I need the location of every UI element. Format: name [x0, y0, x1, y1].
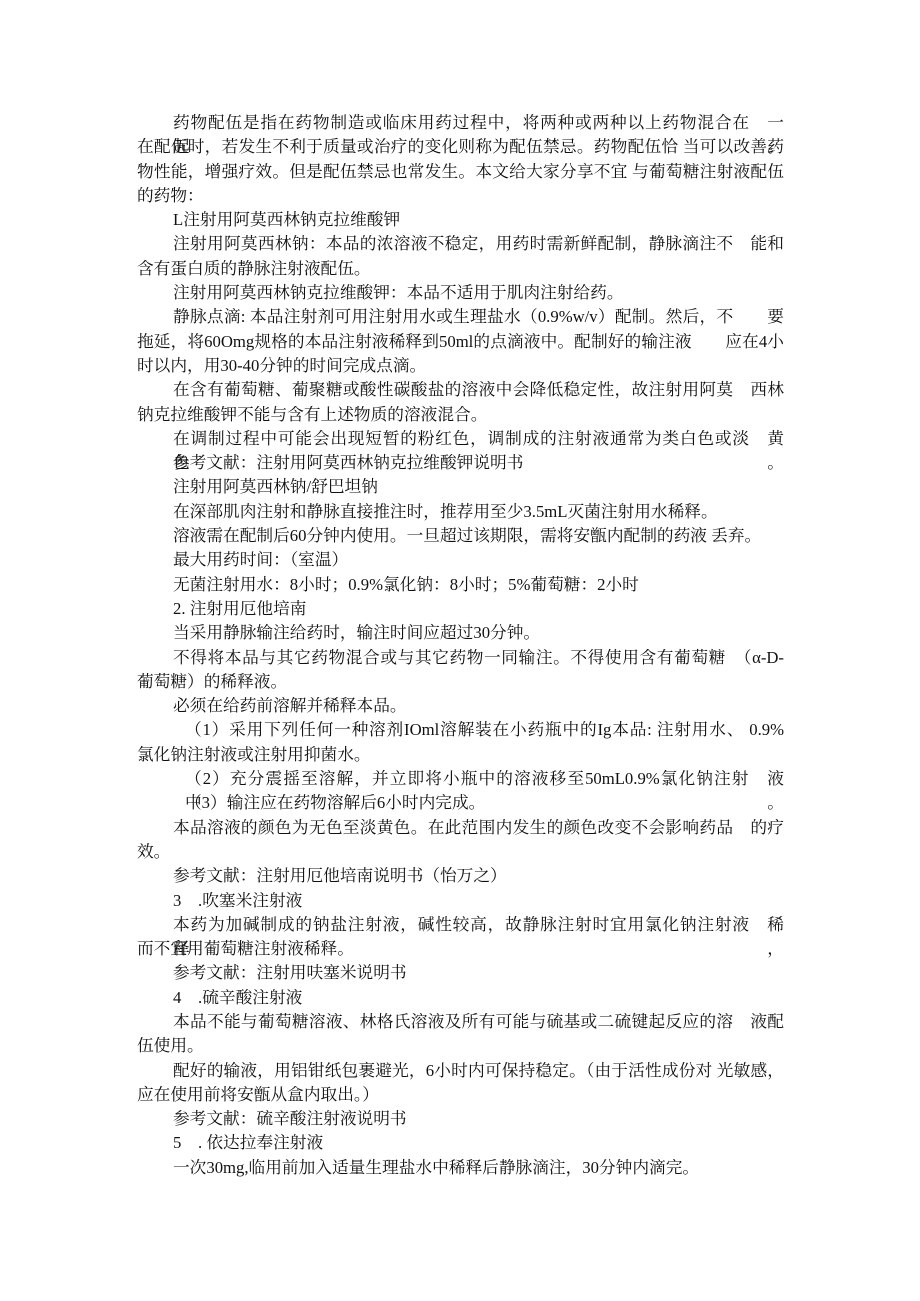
heading-text: 4 .硫辛酸注射液 [137, 986, 784, 1010]
body-paragraph: 在调制过程中可能会出现短暂的粉红色，调制成的注射液通常为类白色或淡 黄色。 [137, 427, 784, 451]
body-paragraph: 配好的输液，用铝钳纸包裹避光，6小时内可保持稳定。（由于活性成份对 光敏感， 应… [137, 1059, 784, 1108]
text-line: 药物配伍是指在药物制造或临床用药过程中，将两种或两种以上药物混合在 一起。 [137, 111, 784, 135]
intro-paragraph: 药物配伍是指在药物制造或临床用药过程中，将两种或两种以上药物混合在 一起。 在配… [137, 111, 784, 208]
subsection-heading: 注射用阿莫西林钠/舒巴坦钠 [137, 475, 784, 499]
body-paragraph: 不得将本品与其它药物混合或与其它药物一同输注。不得使用含有葡萄糖 （α-D- 葡… [137, 646, 784, 695]
text-line: 本药为加碱制成的钠盐注射液，碱性较高，故静脉注射时宜用氯化钠注射液 稀释， [137, 913, 784, 937]
text-line: 在调制过程中可能会出现短暂的粉红色，调制成的注射液通常为类白色或淡 黄色。 [137, 427, 784, 451]
text-line: 钠克拉维酸钾不能与含有上述物质的溶液混合。 [137, 403, 784, 427]
body-paragraph: 溶液需在配制后60分钟内使用。一旦超过该期限，需将安甑内配制的药液 丢弃。 [137, 524, 784, 548]
text-line: 注射用阿莫西林钠：本品的浓溶液不稳定，用药时需新鲜配制，静脉滴注不 能和 [137, 232, 784, 256]
text-line: 葡萄糖）的稀释液。 [137, 670, 784, 694]
body-paragraph: 无菌注射用水：8小时；0.9%氯化钠：8小时；5%葡萄糖：2小时 [137, 573, 784, 597]
section-heading-4: 4 .硫辛酸注射液 [137, 986, 784, 1010]
section-heading-3: 3 .吹塞米注射液 [137, 889, 784, 913]
section-heading-1: L注射用阿莫西林钠克拉维酸钾 [137, 208, 784, 232]
reference-line: 参考文献：注射用呋塞米说明书 [137, 961, 784, 985]
text-line: 溶液需在配制后60分钟内使用。一旦超过该期限，需将安甑内配制的药液 丢弃。 [137, 524, 784, 548]
reference-text: 参考文献：注射用呋塞米说明书 [137, 961, 784, 985]
step-item: （2）充分震摇至溶解，并立即将小瓶中的溶液移至50mL0.9%氯化钠注射 液中。 [137, 767, 784, 791]
text-line: 应在使用前将安甑从盒内取出。） [137, 1083, 784, 1107]
text-line: 配好的输液，用铝钳纸包裹避光，6小时内可保持稳定。（由于活性成份对 光敏感， [137, 1059, 784, 1083]
body-paragraph: 当采用静脉输注给药时，输注时间应超过30分钟。 [137, 621, 784, 645]
text-line: 含有蛋白质的静脉注射液配伍。 [137, 257, 784, 281]
body-paragraph: 必须在给药前溶解并稀释本品。 [137, 694, 784, 718]
body-paragraph: 在深部肌肉注射和静脉直接推注时，推荐用至少3.5mL灭菌注射用水稀释。 [137, 500, 784, 524]
document-page: 药物配伍是指在药物制造或临床用药过程中，将两种或两种以上药物混合在 一起。 在配… [137, 111, 784, 1180]
reference-line: 参考文献：注射用厄他培南说明书（怡万之） [137, 864, 784, 888]
text-line: （1）采用下列任何一种溶剂IOml溶解装在小药瓶中的Ig本品: 注射用水、 0.… [137, 718, 784, 742]
text-line: 必须在给药前溶解并稀释本品。 [137, 694, 784, 718]
text-line: 拖延，将60Omg规格的本品注射液稀释到50ml的点滴液中。配制好的输注液 应在… [137, 330, 784, 354]
body-paragraph: 注射用阿莫西林钠：本品的浓溶液不稳定，用药时需新鲜配制，静脉滴注不 能和 含有蛋… [137, 232, 784, 281]
body-paragraph: 本药为加碱制成的钠盐注射液，碱性较高，故静脉注射时宜用氯化钠注射液 稀释， 而不… [137, 913, 784, 962]
heading-text: 注射用阿莫西林钠/舒巴坦钠 [137, 475, 784, 499]
heading-text: 2. 注射用厄他培南 [137, 597, 784, 621]
text-line: 不得将本品与其它药物混合或与其它药物一同输注。不得使用含有葡萄糖 （α-D- [137, 646, 784, 670]
section-heading-2: 2. 注射用厄他培南 [137, 597, 784, 621]
reference-line: 参考文献：硫辛酸注射液说明书 [137, 1107, 784, 1131]
heading-text: 5 . 依达拉奉注射液 [137, 1131, 784, 1155]
body-paragraph: 注射用阿莫西林钠克拉维酸钾：本品不适用于肌肉注射给药。 [137, 281, 784, 305]
reference-text: 参考文献：硫辛酸注射液说明书 [137, 1107, 784, 1131]
text-line: 物性能，增强疗效。但是配伍禁忌也常发生。本文给大家分享不宜 与葡萄糖注射液配伍 [137, 160, 784, 184]
body-paragraph: 一次30mg,临用前加入适量生理盐水中稀释后静脉滴注，30分钟内滴完。 [137, 1156, 784, 1180]
text-line: （2）充分震摇至溶解，并立即将小瓶中的溶液移至50mL0.9%氯化钠注射 液中。 [137, 767, 784, 791]
text-line: 时以内，用30-40分钟的时间完成点滴。 [137, 354, 784, 378]
text-line: 本品溶液的颜色为无色至淡黄色。在此范围内发生的颜色改变不会影响药品 的疗 [137, 816, 784, 840]
section-heading-5: 5 . 依达拉奉注射液 [137, 1131, 784, 1155]
text-line: 氯化钠注射液或注射用抑菌水。 [137, 743, 784, 767]
heading-text: 3 .吹塞米注射液 [137, 889, 784, 913]
text-line: 的药物： [137, 184, 784, 208]
text-line: 在深部肌肉注射和静脉直接推注时，推荐用至少3.5mL灭菌注射用水稀释。 [137, 500, 784, 524]
body-paragraph: 静脉点滴: 本品注射剂可用注射用水或生理盐水（0.9%w/v）配制。然后，不 要… [137, 305, 784, 378]
text-line: 在配伍时，若发生不利于质量或治疗的变化则称为配伍禁忌。药物配伍恰 当可以改善药 [137, 135, 784, 159]
text-line: 静脉点滴: 本品注射剂可用注射用水或生理盐水（0.9%w/v）配制。然后，不 要 [137, 305, 784, 329]
text-line: 无菌注射用水：8小时；0.9%氯化钠：8小时；5%葡萄糖：2小时 [137, 573, 784, 597]
body-paragraph: 本品不能与葡萄糖溶液、林格氏溶液及所有可能与硫基或二硫键起反应的溶 液配 伍使用… [137, 1010, 784, 1059]
body-paragraph: 本品溶液的颜色为无色至淡黄色。在此范围内发生的颜色改变不会影响药品 的疗 效。 [137, 816, 784, 865]
text-line: 在含有葡萄糖、葡聚糖或酸性碳酸盐的溶液中会降低稳定性，故注射用阿莫 西林 [137, 378, 784, 402]
text-line: 当采用静脉输注给药时，输注时间应超过30分钟。 [137, 621, 784, 645]
text-line: 效。 [137, 840, 784, 864]
text-line: 伍使用。 [137, 1034, 784, 1058]
text-line: 注射用阿莫西林钠克拉维酸钾：本品不适用于肌肉注射给药。 [137, 281, 784, 305]
body-paragraph: 在含有葡萄糖、葡聚糖或酸性碳酸盐的溶液中会降低稳定性，故注射用阿莫 西林 钠克拉… [137, 378, 784, 427]
text-line: 一次30mg,临用前加入适量生理盐水中稀释后静脉滴注，30分钟内滴完。 [137, 1156, 784, 1180]
reference-text: 参考文献：注射用厄他培南说明书（怡万之） [137, 864, 784, 888]
step-item: （1）采用下列任何一种溶剂IOml溶解装在小药瓶中的Ig本品: 注射用水、 0.… [137, 718, 784, 767]
heading-text: L注射用阿莫西林钠克拉维酸钾 [137, 208, 784, 232]
text-line: 最大用药时间：（室温） [137, 548, 784, 572]
text-line: 本品不能与葡萄糖溶液、林格氏溶液及所有可能与硫基或二硫键起反应的溶 液配 [137, 1010, 784, 1034]
body-paragraph: 最大用药时间：（室温） [137, 548, 784, 572]
